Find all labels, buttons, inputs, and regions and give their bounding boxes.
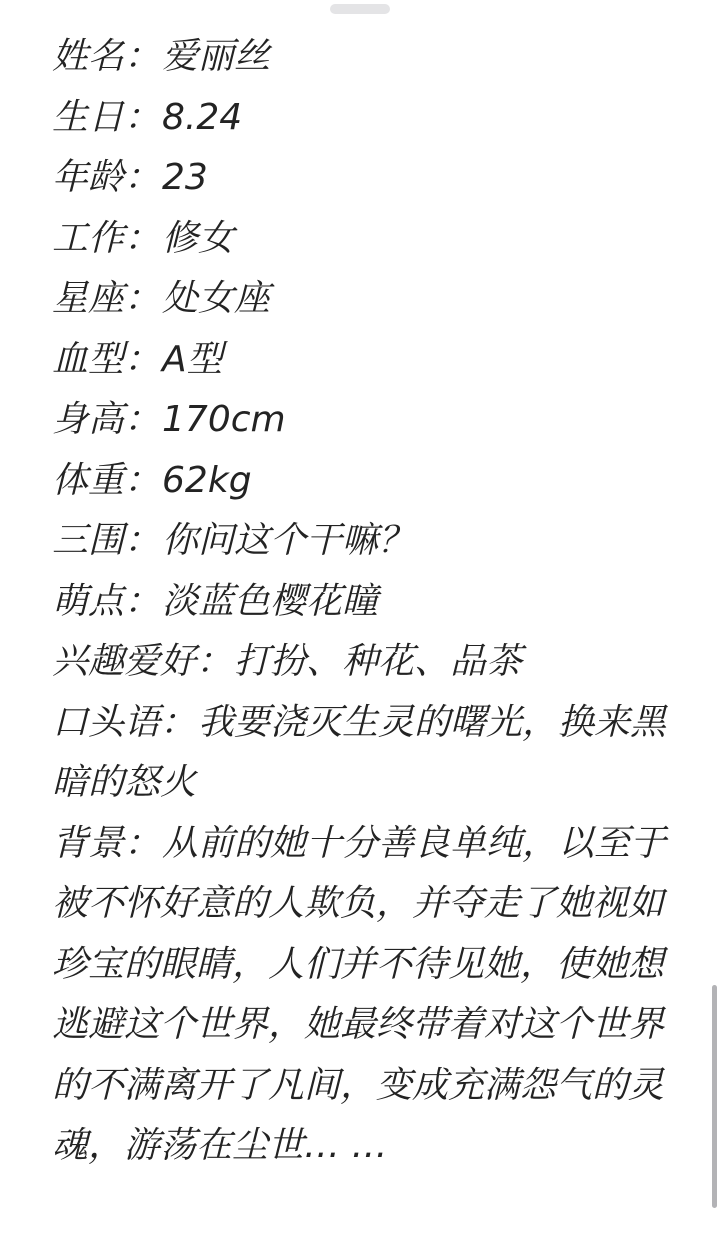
- field-separator: ：: [124, 581, 162, 622]
- profile-field-row: 星座：处女座: [52, 269, 668, 330]
- profile-field-row: 生日：8.24: [52, 88, 668, 149]
- field-separator: ：: [124, 218, 162, 259]
- field-separator: ：: [124, 97, 162, 138]
- profile-field-row: 萌点：淡蓝色樱花瞳: [52, 572, 668, 633]
- field-value: A型: [162, 339, 223, 380]
- field-value: 8.24: [162, 97, 242, 138]
- field-value: 爱丽丝: [162, 36, 270, 77]
- field-separator: ：: [124, 157, 162, 198]
- field-separator: ：: [124, 36, 162, 77]
- field-label: 年龄: [52, 157, 124, 198]
- field-separator: ：: [124, 823, 162, 864]
- field-separator: ：: [124, 278, 162, 319]
- field-label: 口头语: [52, 702, 160, 743]
- field-label: 背景: [52, 823, 124, 864]
- field-separator: ：: [124, 520, 162, 561]
- profile-field-row: 工作：修女: [52, 209, 668, 270]
- profile-field-row: 体重：62kg: [52, 451, 668, 512]
- field-separator: ：: [124, 339, 162, 380]
- field-value: 处女座: [162, 278, 270, 319]
- profile-field-row: 三围：你问这个干嘛？: [52, 511, 668, 572]
- field-value: 170cm: [162, 399, 286, 440]
- field-label: 体重: [52, 460, 124, 501]
- field-value: 打扮、种花、品茶: [234, 641, 522, 682]
- profile-field-row: 血型：A型: [52, 330, 668, 391]
- field-value: 你问这个干嘛？: [162, 520, 414, 561]
- field-label: 萌点: [52, 581, 124, 622]
- field-separator: ：: [160, 702, 198, 743]
- field-label: 工作: [52, 218, 124, 259]
- profile-field-row: 背景：从前的她十分善良单纯，以至于被不怀好意的人欺负，并夺走了她视如珍宝的眼睛，…: [52, 814, 668, 1177]
- field-value: 修女: [162, 218, 234, 259]
- field-separator: ：: [196, 641, 234, 682]
- field-label: 血型: [52, 339, 124, 380]
- field-label: 生日: [52, 97, 124, 138]
- field-separator: ：: [124, 460, 162, 501]
- field-label: 姓名: [52, 36, 124, 77]
- field-separator: ：: [124, 399, 162, 440]
- profile-field-row: 年龄：23: [52, 148, 668, 209]
- field-label: 身高: [52, 399, 124, 440]
- field-value: 淡蓝色樱花瞳: [162, 581, 378, 622]
- sheet-drag-handle[interactable]: [330, 4, 390, 14]
- field-value: 从前的她十分善良单纯，以至于被不怀好意的人欺负，并夺走了她视如珍宝的眼睛，人们并…: [52, 823, 666, 1167]
- field-label: 兴趣爱好: [52, 641, 196, 682]
- scrollbar-thumb[interactable]: [712, 985, 717, 1208]
- profile-field-row: 兴趣爱好：打扮、种花、品茶: [52, 632, 668, 693]
- field-value: 23: [162, 157, 208, 198]
- field-value: 62kg: [162, 460, 252, 501]
- field-label: 三围: [52, 520, 124, 561]
- field-label: 星座: [52, 278, 124, 319]
- profile-list: 姓名：爱丽丝 生日：8.24 年龄：23 工作：修女 星座：处女座 血型：A型 …: [52, 27, 668, 1177]
- profile-field-row: 姓名：爱丽丝: [52, 27, 668, 88]
- profile-field-row: 身高：170cm: [52, 390, 668, 451]
- profile-field-row: 口头语：我要浇灭生灵的曙光，换来黑暗的怒火: [52, 693, 668, 814]
